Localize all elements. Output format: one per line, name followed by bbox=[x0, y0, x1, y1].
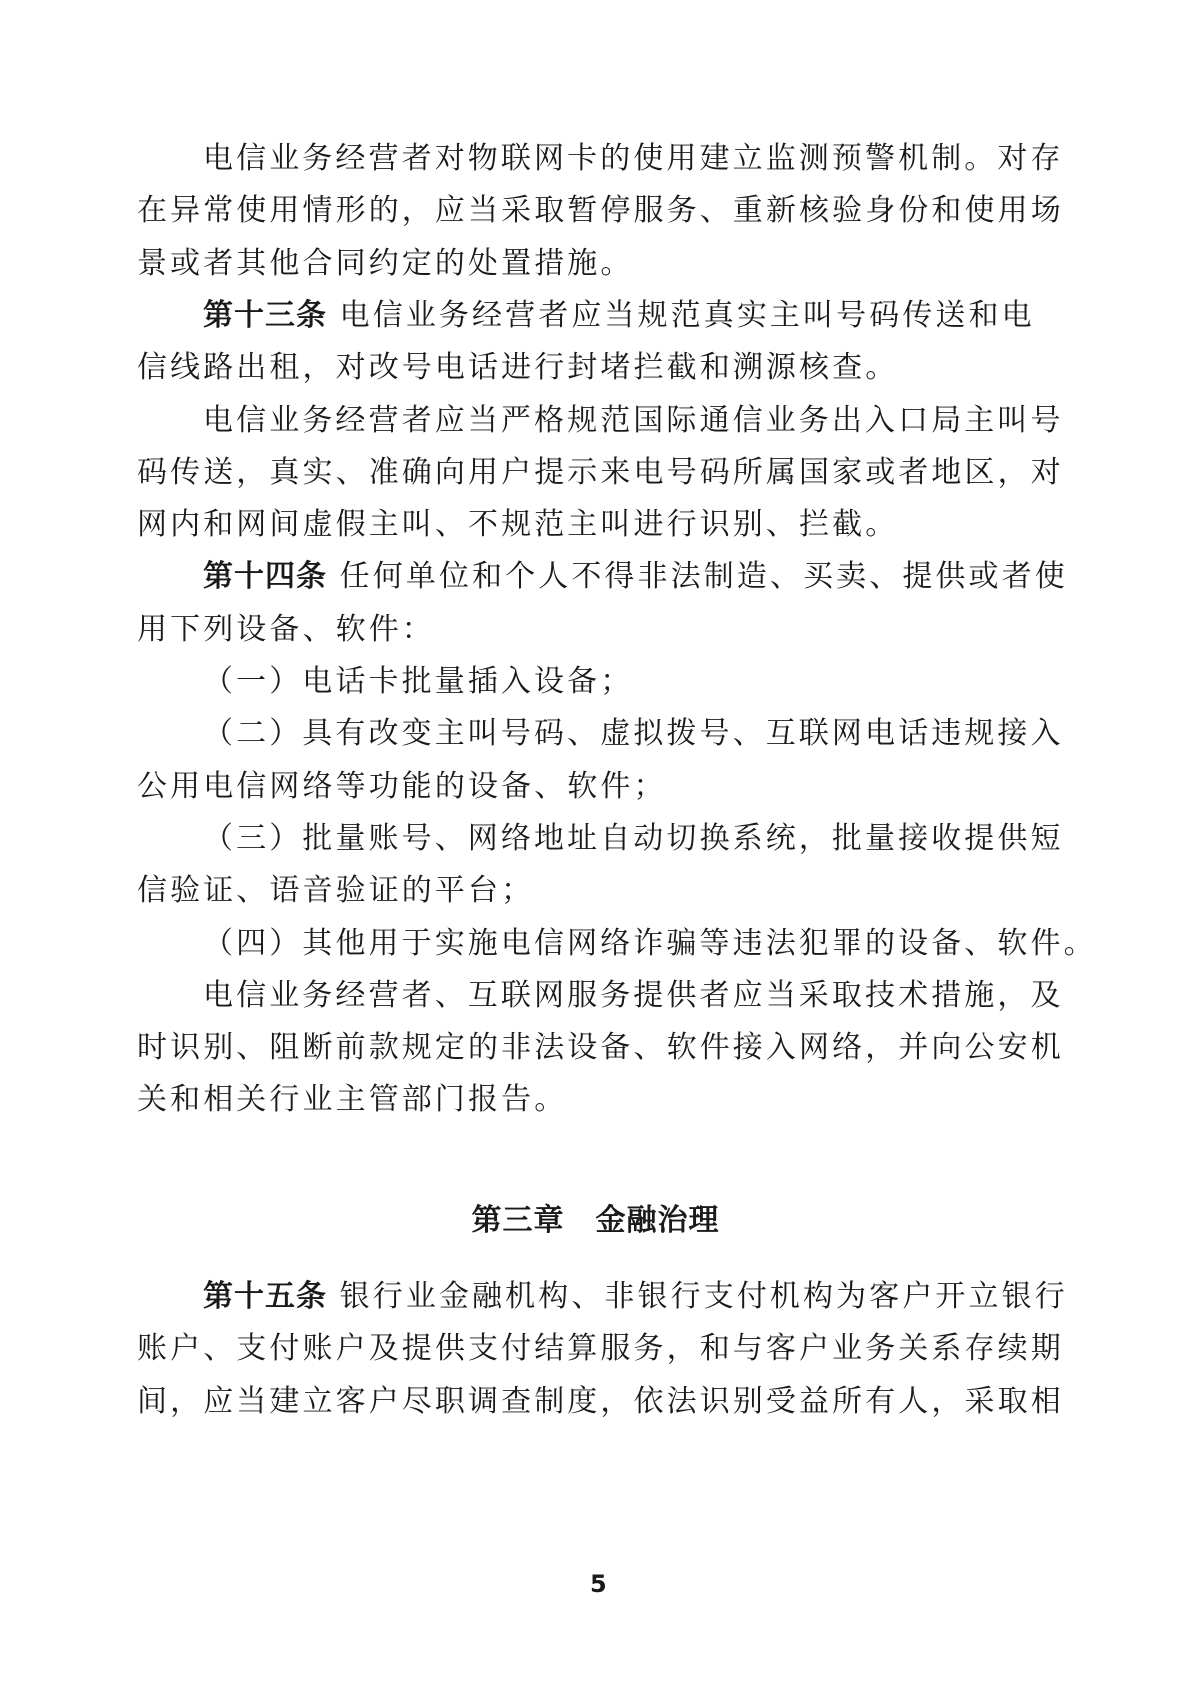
line-text: 银行业金融机构、非银行支付机构为客户开立银行 bbox=[327, 1279, 1068, 1314]
chapter-heading: 第三章 金融治理 bbox=[0, 1195, 1191, 1247]
line-text: 账户、支付账户及提供支付结算服务，和与客户业务关系存续期 bbox=[137, 1331, 1064, 1366]
text-line: 电信业务经营者应当严格规范国际通信业务出入口局主叫号 bbox=[137, 395, 1043, 447]
text-line: 账户、支付账户及提供支付结算服务，和与客户业务关系存续期 bbox=[137, 1323, 977, 1375]
text-line: （四）其他用于实施电信网络诈骗等违法犯罪的设备、软件。 bbox=[137, 918, 1043, 970]
line-text: 电信业务经营者应当严格规范国际通信业务出入口局主叫号 bbox=[203, 403, 1064, 438]
text-line: 景或者其他合同约定的处置措施。 bbox=[137, 238, 977, 290]
text-line: 信线路出租，对改号电话进行封堵拦截和溯源核查。 bbox=[137, 342, 977, 394]
line-text: 电信业务经营者应当规范真实主叫号码传送和电 bbox=[327, 298, 1035, 333]
line-text: 公用电信网络等功能的设备、软件； bbox=[137, 769, 667, 804]
line-text: （二）具有改变主叫号码、虚拟拨号、互联网电话违规接入 bbox=[203, 716, 1064, 751]
document-page: 电信业务经营者对物联网卡的使用建立监测预警机制。对存在异常使用情形的，应当采取暂… bbox=[0, 0, 1191, 1684]
page-number: 5 bbox=[590, 1570, 607, 1598]
line-text: （四）其他用于实施电信网络诈骗等违法犯罪的设备、软件。 bbox=[203, 926, 1097, 961]
line-text: 时识别、阻断前款规定的非法设备、软件接入网络，并向公安机 bbox=[137, 1030, 1064, 1065]
line-text: 关和相关行业主管部门报告。 bbox=[137, 1082, 567, 1117]
text-line: （一）电话卡批量插入设备； bbox=[137, 656, 1043, 708]
line-text: 电信业务经营者对物联网卡的使用建立监测预警机制。对存 bbox=[203, 141, 1064, 176]
article-number: 第十五条 bbox=[203, 1279, 327, 1314]
line-text: 在异常使用情形的，应当采取暂停服务、重新核验身份和使用场 bbox=[137, 193, 1064, 228]
text-line: （三）批量账号、网络地址自动切换系统，批量接收提供短 bbox=[137, 813, 1043, 865]
text-line: 关和相关行业主管部门报告。 bbox=[137, 1074, 977, 1126]
article-number: 第十四条 bbox=[203, 559, 327, 594]
text-line: 电信业务经营者、互联网服务提供者应当采取技术措施，及 bbox=[137, 970, 1043, 1022]
line-text: （一）电话卡批量插入设备； bbox=[203, 664, 633, 699]
text-line: 码传送，真实、准确向用户提示来电号码所属国家或者地区，对 bbox=[137, 447, 977, 499]
line-text: 网内和网间虚假主叫、不规范主叫进行识别、拦截。 bbox=[137, 507, 898, 542]
text-line: 时识别、阻断前款规定的非法设备、软件接入网络，并向公安机 bbox=[137, 1022, 977, 1074]
text-line: 在异常使用情形的，应当采取暂停服务、重新核验身份和使用场 bbox=[137, 185, 977, 237]
text-line: 网内和网间虚假主叫、不规范主叫进行识别、拦截。 bbox=[137, 499, 977, 551]
line-text: 景或者其他合同约定的处置措施。 bbox=[137, 246, 634, 281]
text-line: 信验证、语音验证的平台； bbox=[137, 865, 977, 917]
line-text: （三）批量账号、网络地址自动切换系统，批量接收提供短 bbox=[203, 821, 1064, 856]
line-text: 用下列设备、软件： bbox=[137, 612, 435, 647]
line-text: 信验证、语音验证的平台； bbox=[137, 873, 534, 908]
text-line: 间，应当建立客户尽职调查制度，依法识别受益所有人，采取相 bbox=[137, 1376, 977, 1428]
text-line: 公用电信网络等功能的设备、软件； bbox=[137, 761, 977, 813]
line-text: 码传送，真实、准确向用户提示来电号码所属国家或者地区，对 bbox=[137, 455, 1064, 490]
text-line: 第十三条 电信业务经营者应当规范真实主叫号码传送和电 bbox=[137, 290, 1043, 342]
line-text: 电信业务经营者、互联网服务提供者应当采取技术措施，及 bbox=[203, 978, 1064, 1013]
line-text: 信线路出租，对改号电话进行封堵拦截和溯源核查。 bbox=[137, 350, 898, 385]
article-number: 第十三条 bbox=[203, 298, 327, 333]
line-text: 间，应当建立客户尽职调查制度，依法识别受益所有人，采取相 bbox=[137, 1384, 1064, 1419]
line-text: 任何单位和个人不得非法制造、买卖、提供或者使 bbox=[327, 559, 1068, 594]
text-line: 第十五条 银行业金融机构、非银行支付机构为客户开立银行 bbox=[137, 1271, 1043, 1323]
text-line: 第十四条 任何单位和个人不得非法制造、买卖、提供或者使 bbox=[137, 551, 1043, 603]
text-line: （二）具有改变主叫号码、虚拟拨号、互联网电话违规接入 bbox=[137, 708, 1043, 760]
text-line: 电信业务经营者对物联网卡的使用建立监测预警机制。对存 bbox=[137, 133, 1043, 185]
text-line: 用下列设备、软件： bbox=[137, 604, 977, 656]
